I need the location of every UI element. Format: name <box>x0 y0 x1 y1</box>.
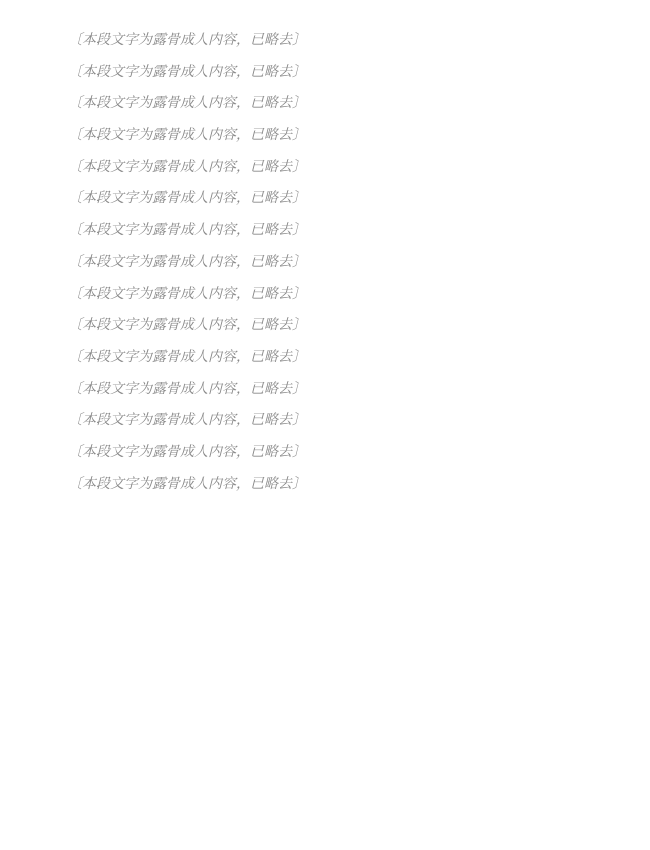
paragraph-redacted: 〔本段文字为露骨成人内容，已略去〕 <box>40 315 610 337</box>
paragraph-redacted: 〔本段文字为露骨成人内容，已略去〕 <box>40 30 610 52</box>
paragraph-redacted: 〔本段文字为露骨成人内容，已略去〕 <box>40 220 610 242</box>
paragraph-redacted: 〔本段文字为露骨成人内容，已略去〕 <box>40 410 610 432</box>
document-page: 〔本段文字为露骨成人内容，已略去〕 〔本段文字为露骨成人内容，已略去〕 〔本段文… <box>0 0 650 850</box>
paragraph-redacted: 〔本段文字为露骨成人内容，已略去〕 <box>40 347 610 369</box>
paragraph-redacted: 〔本段文字为露骨成人内容，已略去〕 <box>40 252 610 274</box>
paragraph-redacted: 〔本段文字为露骨成人内容，已略去〕 <box>40 442 610 464</box>
paragraph-redacted: 〔本段文字为露骨成人内容，已略去〕 <box>40 125 610 147</box>
paragraph-redacted: 〔本段文字为露骨成人内容，已略去〕 <box>40 93 610 115</box>
paragraph-redacted: 〔本段文字为露骨成人内容，已略去〕 <box>40 474 610 496</box>
paragraph-redacted: 〔本段文字为露骨成人内容，已略去〕 <box>40 62 610 84</box>
paragraph-redacted: 〔本段文字为露骨成人内容，已略去〕 <box>40 379 610 401</box>
paragraph-redacted: 〔本段文字为露骨成人内容，已略去〕 <box>40 284 610 306</box>
paragraph-redacted: 〔本段文字为露骨成人内容，已略去〕 <box>40 188 610 210</box>
paragraph-redacted: 〔本段文字为露骨成人内容，已略去〕 <box>40 157 610 179</box>
